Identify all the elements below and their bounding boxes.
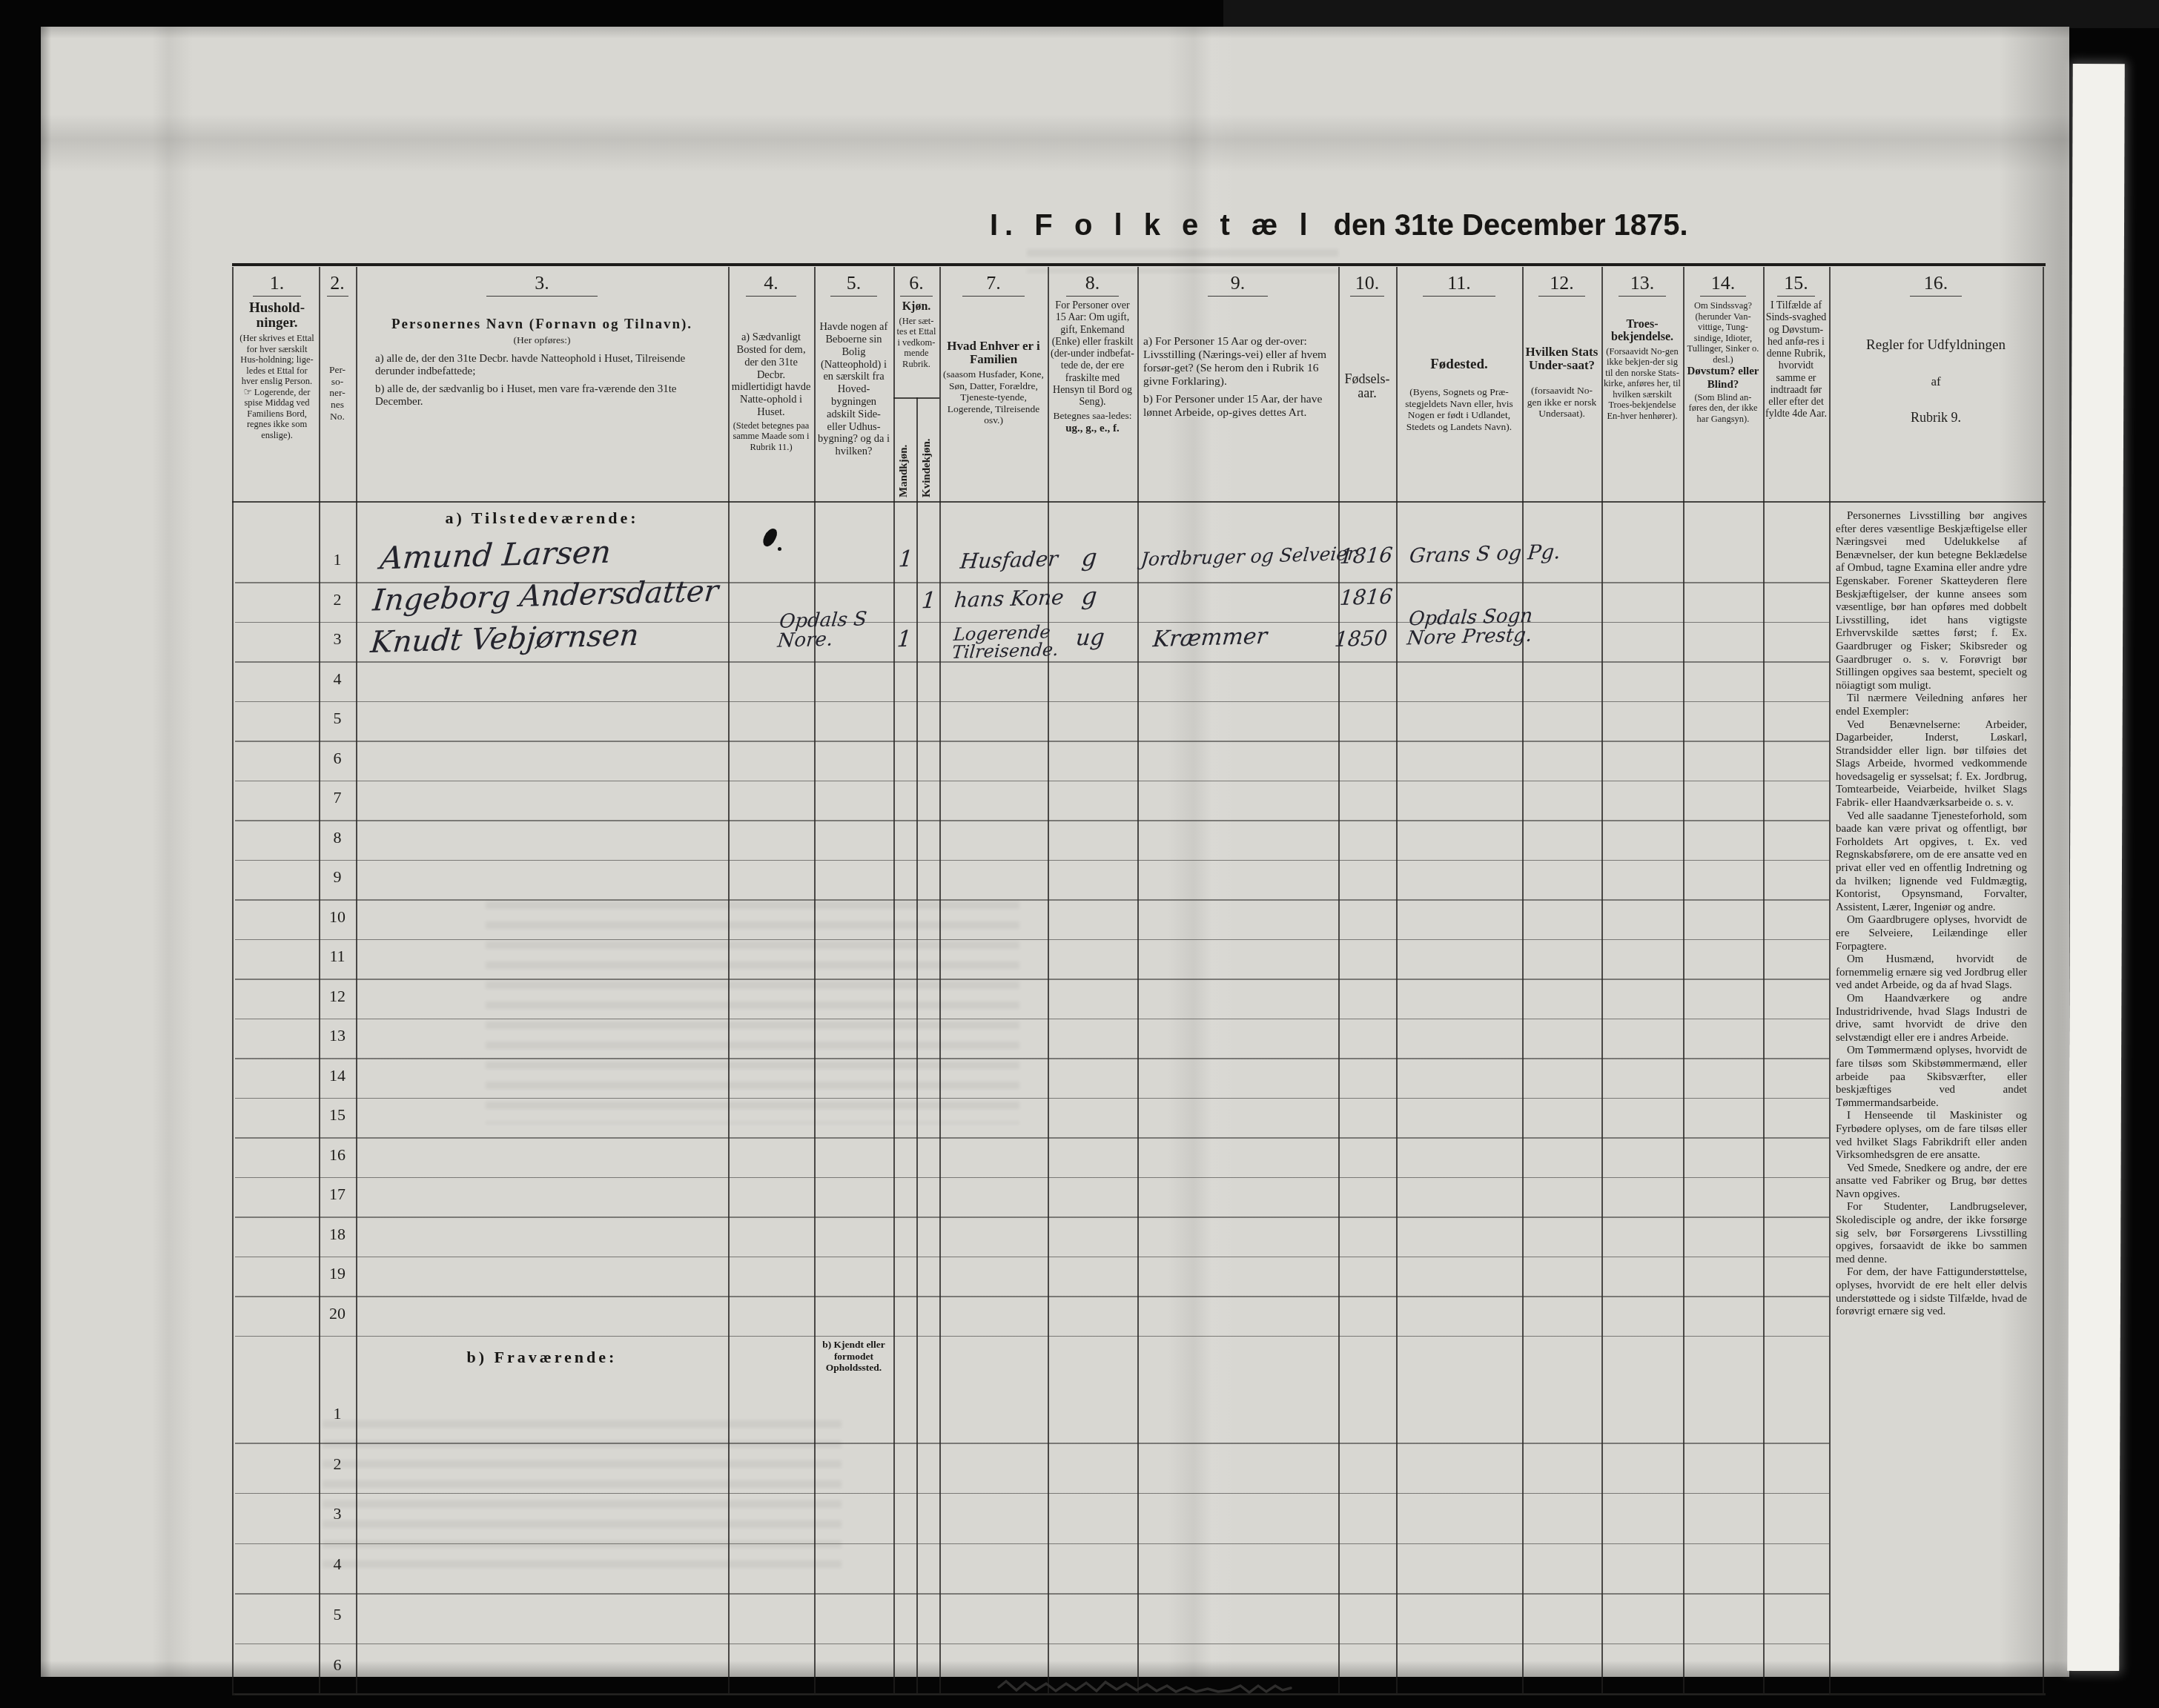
rules-paragraph: Om Tømmermænd oplyses, hvorvidt de fare … [1836,1045,2027,1110]
entry-occupation-row3: Kræmmer [1152,626,1269,651]
col-subnote: (Stedet betegnes paa samme Maade som i R… [728,420,814,454]
col-number: 11. [1423,272,1496,297]
col-title: Kjøn. [893,299,939,315]
entry-occupation-row1: Jordbruger og Selveier [1140,544,1358,569]
col-header-marital: 8. For Personer over 15 Aar: Om ugift, g… [1048,268,1137,501]
entry-marital-row1: g [1080,546,1098,570]
col-header-birth-year: 10. Fødsels- aar. [1338,268,1396,501]
col-number: 2. [327,272,348,297]
row-number: 20 [319,1304,356,1323]
col-title: Hvad Enhver er i Familien [939,338,1048,368]
row-number: 7 [319,788,356,807]
scribble-mark [996,1677,1300,1699]
entry-family-row3: Logerende Tilreisende. [951,623,1061,661]
section-absent-label: b) Fraværende: [356,1348,728,1367]
col-note: For Personer over 15 Aar: Om ugift, gift… [1048,299,1137,409]
header-bottom-line [232,501,2046,503]
entry-birthyear-row3: 1850 [1334,628,1389,650]
row-number: 11 [319,947,356,966]
col-note: I Tilfælde af Sinds-svaghed og Døvstum-h… [1763,299,1829,421]
col-number: 5. [830,272,876,297]
col-note: (Her skrives et Ettal for hver særskilt … [235,332,319,441]
col-item-a: a) alle de, der den 31te Decbr. havde Na… [375,353,709,379]
col-header-family-role: 7. Hvad Enhver er i Familien (saasom Hus… [939,268,1048,501]
row-number: 15 [319,1105,356,1125]
entry-sex-female-row2: 1 [921,590,937,613]
row-number: 5 [319,709,356,728]
table-top-border [232,263,2046,266]
row-number: 2 [319,590,356,609]
scanned-census-page: I. F o l k e t æ lden 31te December 1875… [0,0,2159,1708]
paper-sheet: I. F o l k e t æ lden 31te December 1875… [41,27,2069,1677]
col-note: (saasom Husfader, Kone, Søn, Datter, For… [939,368,1048,427]
col-header-onset-age: 15. I Tilfælde af Sinds-svaghed og Døvst… [1763,268,1829,501]
col-subnote2: (Som Blind an-føres den, der ikke har Ga… [1683,391,1763,426]
row-number: 16 [319,1145,356,1165]
sex-male-label: Mandkjøn. [898,401,910,497]
col-number: 3. [486,272,598,297]
rules-paragraph: Om Gaardbrugere oplyses, hvorvidt de ere… [1836,914,2027,953]
entry-birthyear-row2: 1816 [1339,586,1394,609]
entry-marital-row3: ug [1075,626,1105,649]
col-number: 12. [1538,272,1584,297]
col-note: Havde nogen af Beboerne sin Bolig (Natte… [814,320,893,459]
rules-paragraph: Om Haandværkere og andre Industridrivend… [1836,993,2027,1045]
col-subnote: af [1829,374,2043,390]
ink-dot [778,547,781,551]
col-header-names: 3. Personernes Navn (Fornavn og Tilnavn)… [356,268,728,501]
section-present-label: a) Tilstedeværende: [356,509,728,528]
col-subnote: Betegnes saa-ledes: [1048,409,1137,423]
col-header-occupation: 9. a) For Personer 15 Aar og der-over: L… [1137,268,1338,501]
row-number: 6 [319,749,356,768]
bleedthrough-ghost [323,1420,842,1569]
table-left-border [232,267,234,1693]
rules-paragraph: I Henseende til Maskinister og Fyrbødere… [1836,1110,2027,1162]
row-number: 10 [319,907,356,927]
entry-birthplace-row3: Opdals Sogn Nore Prestg. [1406,606,1535,649]
col-note: Om Sindssvag? (herunder Van-vittige, Tun… [1683,299,1763,365]
col-title: Hushold-ninger. [235,299,319,332]
col-number: 8. [1066,272,1118,297]
entry-family-row2: hans Kone [953,587,1065,611]
col-subnote: (Her opføres:) [356,334,728,347]
page-title-part2: den 31te December 1875. [1334,209,1688,242]
col-header-usual-residence: 4. a) Sædvanligt Bosted for dem, der den… [728,268,814,501]
col-note: a) Sædvanligt Bosted for dem, der den 31… [728,331,814,420]
row-number: 14 [319,1066,356,1085]
rules-paragraph: Personernes Livsstilling bør angives eft… [1836,510,2027,692]
col-header-households: 1. Hushold-ninger. (Her skrives et Ettal… [235,268,319,501]
row-number: 3 [319,629,356,649]
col-header-citizenship: 12. Hvilken Stats Under-saat? (forsaavid… [1522,268,1601,501]
col-number: 6. [900,272,932,297]
col-number: 10. [1350,272,1383,297]
rubrik9-rules-text: Personernes Livsstilling bør angives eft… [1836,510,2027,1319]
col-header-outbuilding: 5. Havde nogen af Beboerne sin Bolig (Na… [814,268,893,501]
row-number: 6 [319,1655,356,1675]
col-note: (Forsaavidt No-gen ikke bekjen-der sig t… [1601,345,1683,423]
entry-name-row3: Knudt Vebjørnsen [369,620,640,658]
row-number: 17 [319,1185,356,1204]
present-rows-ruling [235,543,1829,1337]
row-number: 8 [319,828,356,847]
col-title: Hvilken Stats Under-saat? [1522,344,1601,374]
col-title: Fødested. [1396,356,1522,374]
col-header-creed: 13. Troes-bekjendelse. (Forsaavidt No-ge… [1601,268,1683,501]
adjacent-page-edge [2067,64,2125,1671]
col-note: (forsaavidt No-gen ikke er norsk Undersa… [1522,384,1601,420]
row-number: 19 [319,1264,356,1283]
entry-sex-male-row1: 1 [898,549,914,572]
rules-paragraph: Ved Benævnelserne: Arbeider, Dagarbeider… [1836,719,2027,810]
col-item-b: b) For Personer under 15 Aar, der have l… [1143,393,1332,420]
rules-paragraph: For Studenter, Landbrugselever, Skoledis… [1836,1201,2027,1266]
table-right-border [2043,267,2044,1693]
row-number: 1 [319,550,356,569]
col-title: Troes-bekjendelse. [1601,317,1683,345]
bleedthrough-ghost [486,901,1019,1124]
row-number: 12 [319,987,356,1006]
entry-residence-row3: Opdals S Nore. [777,609,868,650]
section-absent-note: b) Kjendt eller formodet Opholdssted. [814,1339,893,1374]
col-number: 13. [1619,272,1666,297]
background-shade [1223,0,2159,28]
col-header-birthplace: 11. Fødested. (Byens, Sognets og Præ-ste… [1396,268,1522,501]
col-note: (Her sæt-tes et Ettal i vedkom-mende Rub… [893,315,939,371]
page-title-part1: I. F o l k e t æ l [990,209,1315,242]
row-number: 9 [319,867,356,887]
col-title: Regler for Udfyldningen [1829,337,2043,354]
row-number: 18 [319,1225,356,1244]
row-number: 4 [319,669,356,689]
col-item-b: b) alle de, der sædvanlig bo i Huset, me… [375,383,709,409]
entry-sex-male-row3: 1 [896,629,913,652]
col-subnote2: ug., g., e., f. [1048,423,1137,435]
row-number: 5 [319,1605,356,1624]
col-header-rules: 16. Regler for Udfyldningen af Rubrik 9. [1829,268,2043,501]
col-title: Personernes Navn (Fornavn og Tilnavn). [356,316,728,334]
entry-family-row1: Husfader [959,549,1059,572]
col-subnote: Døvstum? eller Blind? [1683,365,1763,391]
col-note: Per- so- ner- nes No. [319,363,356,423]
col-item-a: a) For Personer 15 Aar og der-over: Livs… [1143,335,1332,388]
col-number: 9. [1208,272,1268,297]
sex-female-label: Kvindekjøn. [921,401,933,497]
rules-paragraph: Til nærmere Veiledning anføres her endel… [1836,692,2027,718]
entry-name-row1: Amund Larsen [379,537,612,575]
rules-paragraph: Ved Smede, Snedkere og andre, der ere an… [1836,1162,2027,1202]
col-number: 1. [253,272,302,297]
col-number: 14. [1700,272,1747,297]
col-number: 4. [746,272,796,297]
col-subnote2: Rubrik 9. [1829,409,2043,426]
col-number: 16. [1910,272,1961,297]
col-number: 7. [962,272,1025,297]
rules-paragraph: Om Husmænd, hvorvidt de fornemmelig ernæ… [1836,953,2027,993]
row-number: 13 [319,1026,356,1045]
col-header-person-no: 2. Per- so- ner- nes No. [319,268,356,501]
entry-birthplace-row1: Grans S og Pg. [1409,542,1561,566]
col-note: (Byens, Sognets og Præ-stegjeldets Navn … [1396,385,1522,434]
page-title: I. F o l k e t æ lden 31te December 1875… [990,209,1688,242]
entry-birthyear-row1: 1816 [1339,545,1394,567]
rules-paragraph: For dem, der have Fattigunderstøttelse, … [1836,1266,2027,1318]
entry-marital-row2: g [1080,584,1098,609]
rules-paragraph: Ved alle saadanne Tjenesteforhold, som b… [1836,810,2027,915]
col-header-disability: 14. Om Sindssvag? (herunder Van-vittige,… [1683,268,1763,501]
col-title: Fødsels- aar. [1338,371,1396,402]
col-number: 15. [1777,272,1816,297]
